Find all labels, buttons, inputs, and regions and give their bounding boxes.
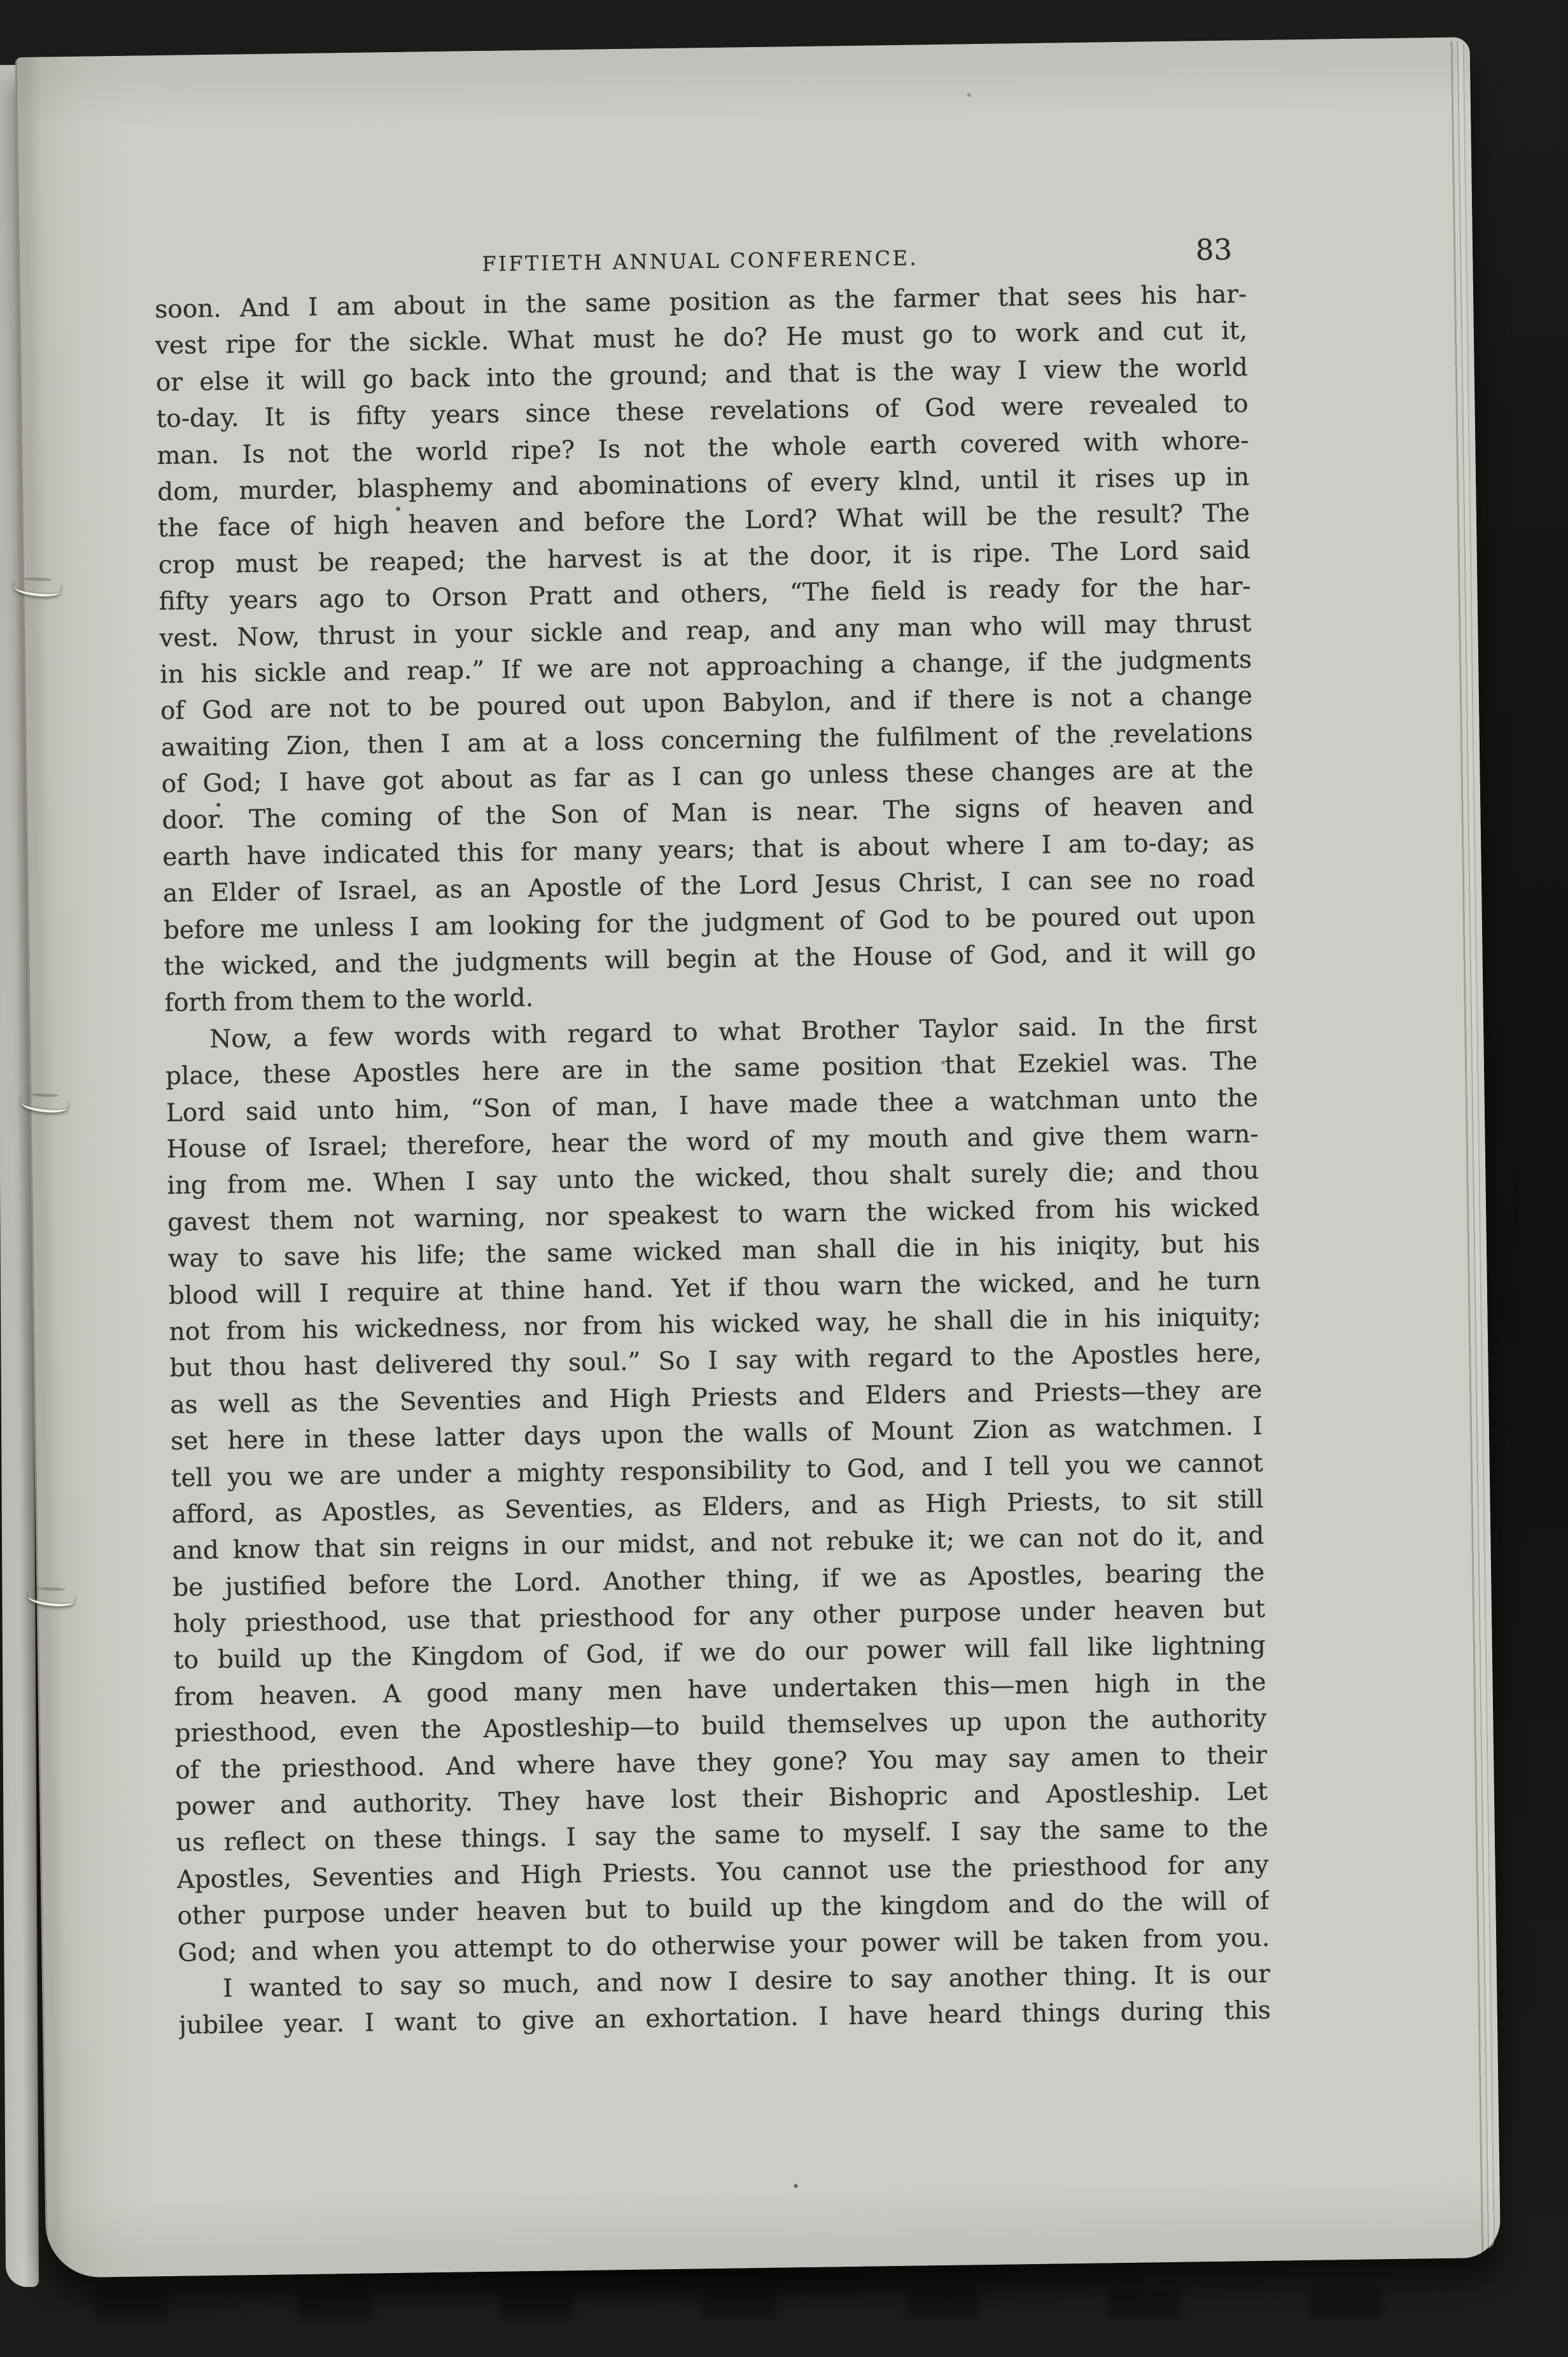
body-text: soon. And I am about in the same positio… <box>155 276 1271 2044</box>
page-edge-lines <box>1446 41 1499 2253</box>
book-page: FIFTIETH ANNUAL CONFERENCE. 83 soon. And… <box>15 37 1501 2278</box>
running-header: FIFTIETH ANNUAL CONFERENCE. <box>154 241 1246 281</box>
dust-speck <box>1110 745 1113 747</box>
dust-speck <box>216 803 220 807</box>
page-number: 83 <box>1196 232 1233 267</box>
scanner-artifact-marks <box>95 2288 1445 2319</box>
